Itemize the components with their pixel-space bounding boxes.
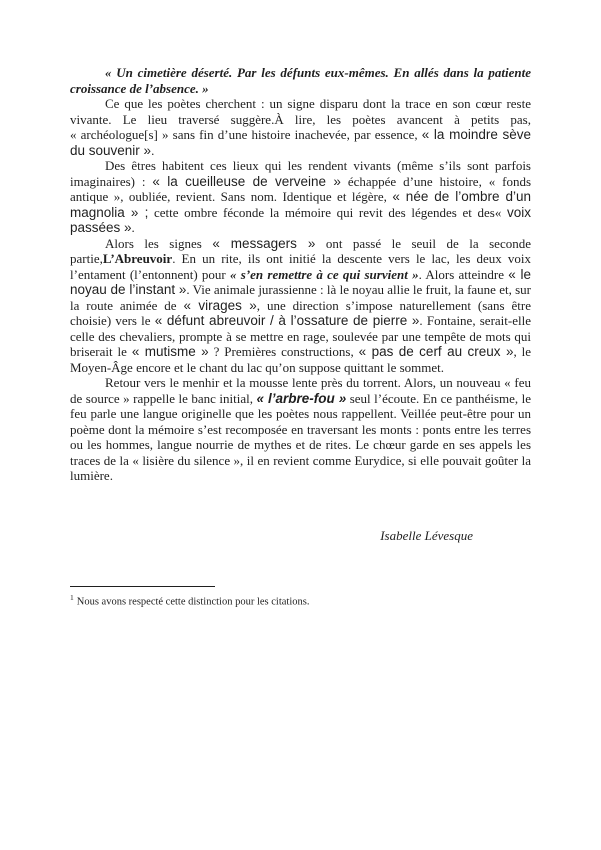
footnote-text: Nous avons respecté cette distinction po… — [77, 597, 310, 608]
text-run-quote-sans: « la cueilleuse de verveine » — [152, 174, 341, 189]
footnote-separator — [70, 586, 215, 587]
text-run-body: , oubliée, revient. Sans nom. Identique … — [120, 189, 392, 204]
text-run-quote-sans: « messagers » — [212, 236, 315, 251]
document-page: « Un cimetière déserté. Par les défunts … — [0, 0, 601, 850]
footnote: 1Nous avons respecté cette distinction p… — [70, 591, 531, 609]
text-run-body: Ce que les poètes cherchent : un signe d… — [70, 96, 531, 127]
paragraph-4: Retour vers le menhir et la mousse lente… — [70, 375, 531, 484]
text-run-bold-italic: « s’en remettre à ce qui survient » — [230, 267, 419, 282]
text-run-quote-sans-bold-italic: « l’arbre-fou » — [256, 391, 346, 406]
text-run-bold-italic: « Un cimetière déserté. Par les défunts … — [70, 65, 531, 96]
text-run-body: Alors les signes — [105, 236, 212, 251]
author-signature: Isabelle Lévesque — [70, 528, 531, 544]
text-run-quote-sans: « virages » — [183, 298, 256, 313]
paragraph-3: Alors les signes « messagers » ont passé… — [70, 236, 531, 376]
text-run-body: . — [132, 220, 135, 235]
text-run-body: . Alors atteindre — [419, 267, 509, 282]
paragraph-2: Des êtres habitent ces lieux qui les ren… — [70, 158, 531, 236]
text-run-bold: L’Abreuvoir — [103, 251, 172, 266]
text-run-body: cette ombre féconde la mémoire qui revit… — [148, 205, 507, 220]
article-body: « Un cimetière déserté. Par les défunts … — [70, 65, 531, 543]
paragraph-epigraph: « Un cimetière déserté. Par les défunts … — [70, 65, 531, 96]
text-run-quote-serif: « archéologue[s] » — [70, 127, 169, 142]
footnote-marker: 1 — [70, 593, 74, 602]
footnote-block: 1Nous avons respecté cette distinction p… — [70, 586, 531, 609]
text-run-body: . — [151, 143, 154, 158]
text-run-quote-sans: « défunt abreuvoir / à l’ossature de pie… — [155, 313, 420, 328]
text-run-body: ? Premières constructions, — [209, 344, 359, 359]
text-run-quote-sans: « pas de cerf au creux » — [359, 344, 514, 359]
text-run-body: sans fin d’une histoire inachevée, par e… — [169, 127, 422, 142]
text-run-body: échappée d’une histoire, — [341, 174, 489, 189]
text-run-quote-sans: « mutisme » — [132, 344, 209, 359]
paragraph-1: Ce que les poètes cherchent : un signe d… — [70, 96, 531, 158]
